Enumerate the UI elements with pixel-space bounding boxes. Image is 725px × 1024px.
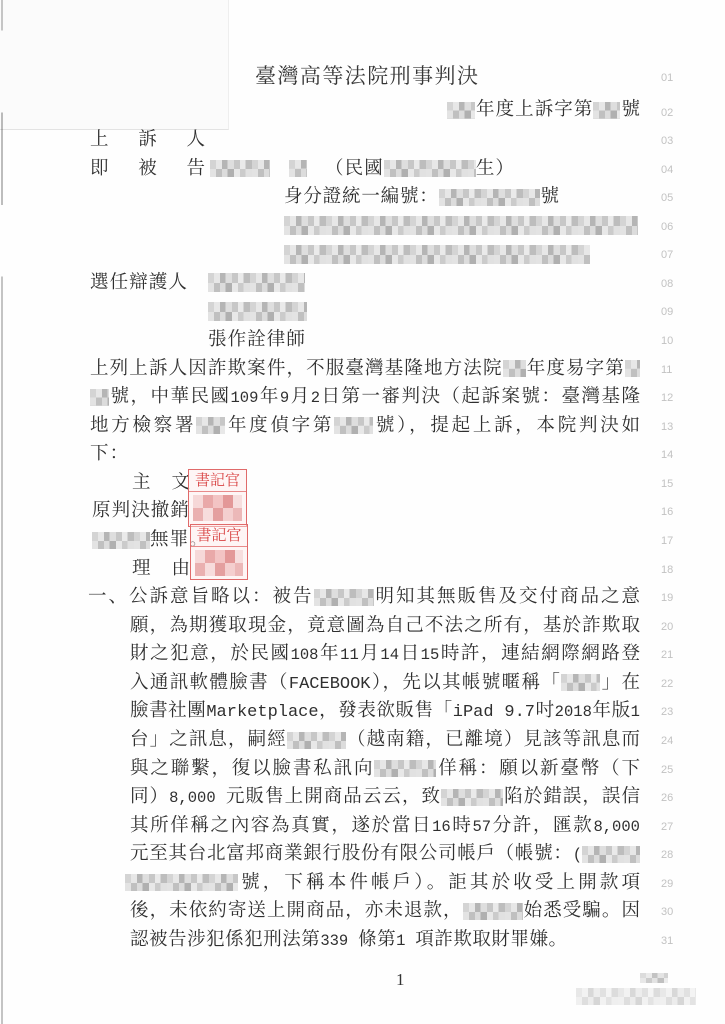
number-segment: 339 (320, 932, 358, 950)
body-line-25: 與之聯繫，復以臉書私訊向佯稱：願以新臺幣（下 (130, 755, 640, 783)
clerk-seal-stamp: 書記官 (188, 469, 247, 527)
reasons-heading-line: 理由 (132, 555, 190, 583)
line-number: 13 (661, 421, 679, 433)
body-text-segment: 後，未依約寄送上開商品，亦未退款， (130, 900, 463, 921)
body-text-segment: 月 (289, 386, 311, 407)
redacted-block (463, 903, 523, 920)
attorney-name: 張作詮律師 (208, 326, 306, 354)
line-number: 16 (661, 506, 679, 518)
redacted-block (593, 102, 620, 119)
line-number: 27 (661, 821, 679, 833)
body-text-segment: 一、公訴意旨略以：被告 (88, 586, 314, 607)
redacted-block (384, 160, 476, 177)
line-number: 10 (661, 335, 679, 347)
redacted-block (289, 160, 307, 177)
body-text-segment: 年度偵字第 (225, 415, 334, 436)
counsel-line-2 (208, 297, 307, 325)
body-text-segment: 年 (318, 643, 340, 664)
redacted-block (195, 550, 243, 576)
amount-segment: 8,000 (593, 818, 640, 836)
redacted-block (208, 302, 307, 321)
body-text-segment: 與之聯繫，復以臉書私訊向 (130, 758, 374, 779)
line-number: 19 (661, 592, 679, 604)
line-number: 30 (661, 906, 679, 918)
document-title: 臺灣高等法院刑事判決 (255, 62, 478, 90)
body-text-segment: 明知其無販售及交付商品之意 (374, 586, 640, 607)
preamble-line-4: 下： (90, 440, 129, 468)
redacted-block (640, 973, 668, 983)
line-number: 23 (661, 706, 679, 718)
body-text-segment: 臉書社團 (130, 700, 206, 721)
scan-edge-line (1, 0, 3, 1024)
line-number: 07 (661, 249, 679, 261)
body-text-segment: 陷於錯誤，誤信 (503, 786, 640, 807)
defendant-label: 即被告 (90, 155, 205, 183)
redacted-block (193, 495, 242, 521)
line-number: 21 (661, 649, 679, 661)
preamble-line-1: 上列上訴人因詐欺案件，不服臺灣基隆地方法院年度易字第 (90, 355, 640, 383)
address-line-1 (284, 212, 638, 240)
body-text-segment: 項詐欺取財罪嫌。 (415, 929, 567, 950)
body-line-20: 願，為期獲取現金，竟意圖為自己不法之所有，基於詐欺取 (130, 612, 640, 640)
line-number: 08 (661, 278, 679, 290)
address-line-2 (284, 240, 590, 268)
line-number: 17 (661, 535, 679, 547)
preamble-line-3: 地方檢察署年度偵字第號），提起上訴，本院判決如 (90, 412, 640, 440)
body-text-segment: 日 (399, 643, 421, 664)
body-text-segment: 月 (359, 643, 381, 664)
number-segment: 2018 (555, 703, 592, 721)
number-segment: 1 (396, 932, 415, 950)
case-number-suffix: 號 (620, 99, 640, 120)
redacted-block (284, 245, 590, 264)
redacted-block (196, 417, 225, 434)
redacted-block (284, 216, 638, 235)
reasons-heading: 理由 (132, 555, 190, 583)
body-text-segment: （越南籍，已離境）見該等訊息而 (346, 729, 640, 750)
verdict-reversal: 原判決撤銷 (92, 497, 190, 525)
redacted-block (625, 360, 640, 377)
body-line-27: 其所佯稱之內容為真實，遂於當日16時57分許，匯款8,000 (130, 812, 640, 840)
body-line-29: 號，下稱本件帳戶）。詎其於收受上開款項 (125, 869, 640, 897)
redacted-block (439, 189, 540, 206)
redacted-block (582, 846, 640, 863)
body-line-31: 認被告涉犯係犯刑法第339 條第1 項詐欺取財罪嫌。 (130, 926, 567, 954)
body-text-segment: 上列上訴人因詐欺案件，不服臺灣基隆地方法院 (90, 358, 503, 379)
body-text-segment: 年 (258, 386, 280, 407)
body-text-segment: 分許，匯款 (491, 815, 593, 836)
number-segment: 16 (432, 818, 451, 836)
line-number: 01 (661, 72, 679, 84)
body-text-segment: 日第一審判決（起訴案號：臺灣基隆 (320, 386, 640, 407)
body-line-21: 財之犯意，於民國108年11月14日15時許，連結網際網路登 (130, 640, 640, 668)
redacted-block (503, 360, 526, 377)
body-text-segment: 其所佯稱之內容為真實，遂於當日 (130, 815, 432, 836)
body-text-segment: 時 (451, 815, 473, 836)
line-number: 25 (661, 764, 679, 776)
line-number: 20 (661, 621, 679, 633)
defendant-line: 即被告 （民國 生） (90, 155, 515, 183)
body-text-segment: 」在 (600, 672, 640, 693)
main-text-heading-line: 主文 (132, 469, 190, 497)
line-number: 04 (661, 164, 679, 176)
line-number: 15 (661, 478, 679, 490)
year-number: 109 (230, 389, 258, 407)
redacted-block (92, 532, 150, 549)
latin-segment: Marketplace (206, 703, 318, 722)
body-line-28: 元至其台北富邦商業銀行股份有限公司帳戶（帳號：( (130, 840, 640, 868)
redacted-block (447, 102, 475, 119)
body-line-26: 同）8,000 元販售上開商品云云，致陷於錯誤，誤信 (130, 783, 640, 811)
line-number: 02 (661, 107, 679, 119)
line-number: 28 (661, 849, 679, 861)
line-number: 22 (661, 678, 679, 690)
birth-date-prefix: （民國 (325, 155, 384, 183)
body-text-segment: 年版 (592, 700, 631, 721)
page-number: 1 (396, 970, 405, 990)
body-text-segment: 願，為期獲取現金，竟意圖為自己不法之所有，基於詐欺取 (130, 615, 640, 636)
id-number-label: 身分證統一編號： (284, 186, 439, 207)
stamp-title: 書記官 (189, 470, 246, 492)
defense-counsel-line: 選任辯護人 (90, 269, 305, 297)
body-text-segment: 佯稱：願以新臺幣（下 (436, 758, 640, 779)
number-segment: 15 (421, 646, 440, 664)
line-number: 18 (661, 564, 679, 576)
body-text-segment: 年度易字第 (526, 358, 625, 379)
judgment-document-page: 臺灣高等法院刑事判決 年度上訴字第號 上訴人 即被告 （民國 生） 身分證統一編… (0, 0, 725, 1024)
redacted-block (125, 874, 238, 891)
line-number: 11 (661, 364, 679, 376)
body-text-segment: 吋 (535, 700, 555, 721)
line-number: 05 (661, 192, 679, 204)
redacted-block (561, 674, 600, 691)
number-segment: 1 (631, 703, 640, 721)
appellant-label: 上訴人 (90, 126, 205, 154)
body-text-segment: 台」之訊息，嗣經 (130, 729, 287, 750)
number-segment: 108 (291, 646, 319, 664)
redacted-block (374, 760, 436, 777)
month-number: 9 (280, 389, 289, 407)
case-number-text: 年度上訴字第 (475, 99, 593, 120)
stamp-title: 書記官 (191, 525, 247, 547)
body-text-segment: 號，中華民國 (109, 386, 230, 407)
line-number: 26 (661, 792, 679, 804)
body-line-24: 台」之訊息，嗣經（越南籍，已離境）見該等訊息而 (130, 726, 640, 754)
redacted-block (210, 160, 270, 177)
redacted-block (334, 417, 373, 434)
body-text-segment: 號），提起上訴，本院判決如 (373, 415, 640, 436)
birth-date-suffix: 生） (476, 155, 515, 183)
body-text-segment: 號，下稱本件帳戶）。詎其於收受上開款項 (238, 872, 640, 893)
body-text-segment: 財之犯意，於民國 (130, 643, 291, 664)
paren-segment: ( (573, 846, 582, 864)
body-text-segment: 時許，連結網際網路登 (439, 643, 640, 664)
body-text-segment: ），先以其帳號暱稱「 (371, 672, 562, 693)
body-line-19: 一、公訴意旨略以：被告明知其無販售及交付商品之意 (88, 583, 640, 611)
body-line-23: 臉書社團Marketplace，發表欲販售「iPad 9.7吋2018年版1 (130, 697, 640, 725)
body-text-segment: 始悉受騙。因 (523, 900, 640, 921)
body-line-30: 後，未依約寄送上開商品，亦未退款，始悉受騙。因 (130, 897, 640, 925)
line-number: 29 (661, 878, 679, 890)
number-segment: 57 (473, 818, 492, 836)
latin-segment: iPad 9.7 (453, 703, 535, 722)
line-number: 09 (661, 306, 679, 318)
line-number: 24 (661, 735, 679, 747)
body-text-segment: 同） (130, 786, 169, 807)
line-number: 31 (661, 935, 679, 947)
body-text-segment: 元販售上開商品云云，致 (226, 786, 441, 807)
redacted-block (576, 988, 696, 1005)
body-text-segment: ，發表欲販售「 (319, 700, 453, 721)
amount-segment: 8,000 (169, 789, 226, 807)
case-number-line: 年度上訴字第號 (447, 96, 640, 124)
redacted-block (208, 273, 305, 292)
line-number: 03 (661, 135, 679, 147)
body-text-segment: 入通訊軟體臉書（ (130, 672, 289, 693)
number-segment: 11 (340, 646, 359, 664)
day-number: 2 (311, 389, 320, 407)
scan-correction-tape (0, 0, 229, 130)
line-number: 12 (661, 392, 679, 404)
line-number: 06 (661, 221, 679, 233)
redacted-block (90, 389, 109, 406)
redacted-block (287, 732, 346, 749)
id-number-line: 身分證統一編號：號 (284, 183, 559, 211)
redacted-block (314, 589, 374, 606)
preamble-line-2: 號，中華民國109年9月2日第一審判決（起訴案號：臺灣基隆 (90, 383, 640, 411)
main-text-heading: 主文 (132, 469, 190, 497)
appellant-line: 上訴人 (90, 126, 205, 154)
clerk-seal-stamp: 書記官 (190, 524, 248, 580)
latin-segment: FACEBOOK (289, 675, 371, 694)
id-number-suffix: 號 (540, 186, 559, 207)
defense-counsel-label: 選任辯護人 (90, 269, 188, 297)
body-text-segment: 條第 (358, 929, 396, 950)
number-segment: 14 (380, 646, 399, 664)
body-text-segment: 地方檢察署 (90, 415, 196, 436)
body-text-segment: 元至其台北富邦商業銀行股份有限公司帳戶（帳號： (130, 843, 573, 864)
redacted-block (441, 789, 503, 806)
body-line-22: 入通訊軟體臉書（FACEBOOK），先以其帳號暱稱「」在 (130, 669, 640, 697)
body-text-segment: 認被告涉犯係犯刑法第 (130, 929, 320, 950)
line-number: 14 (661, 449, 679, 461)
